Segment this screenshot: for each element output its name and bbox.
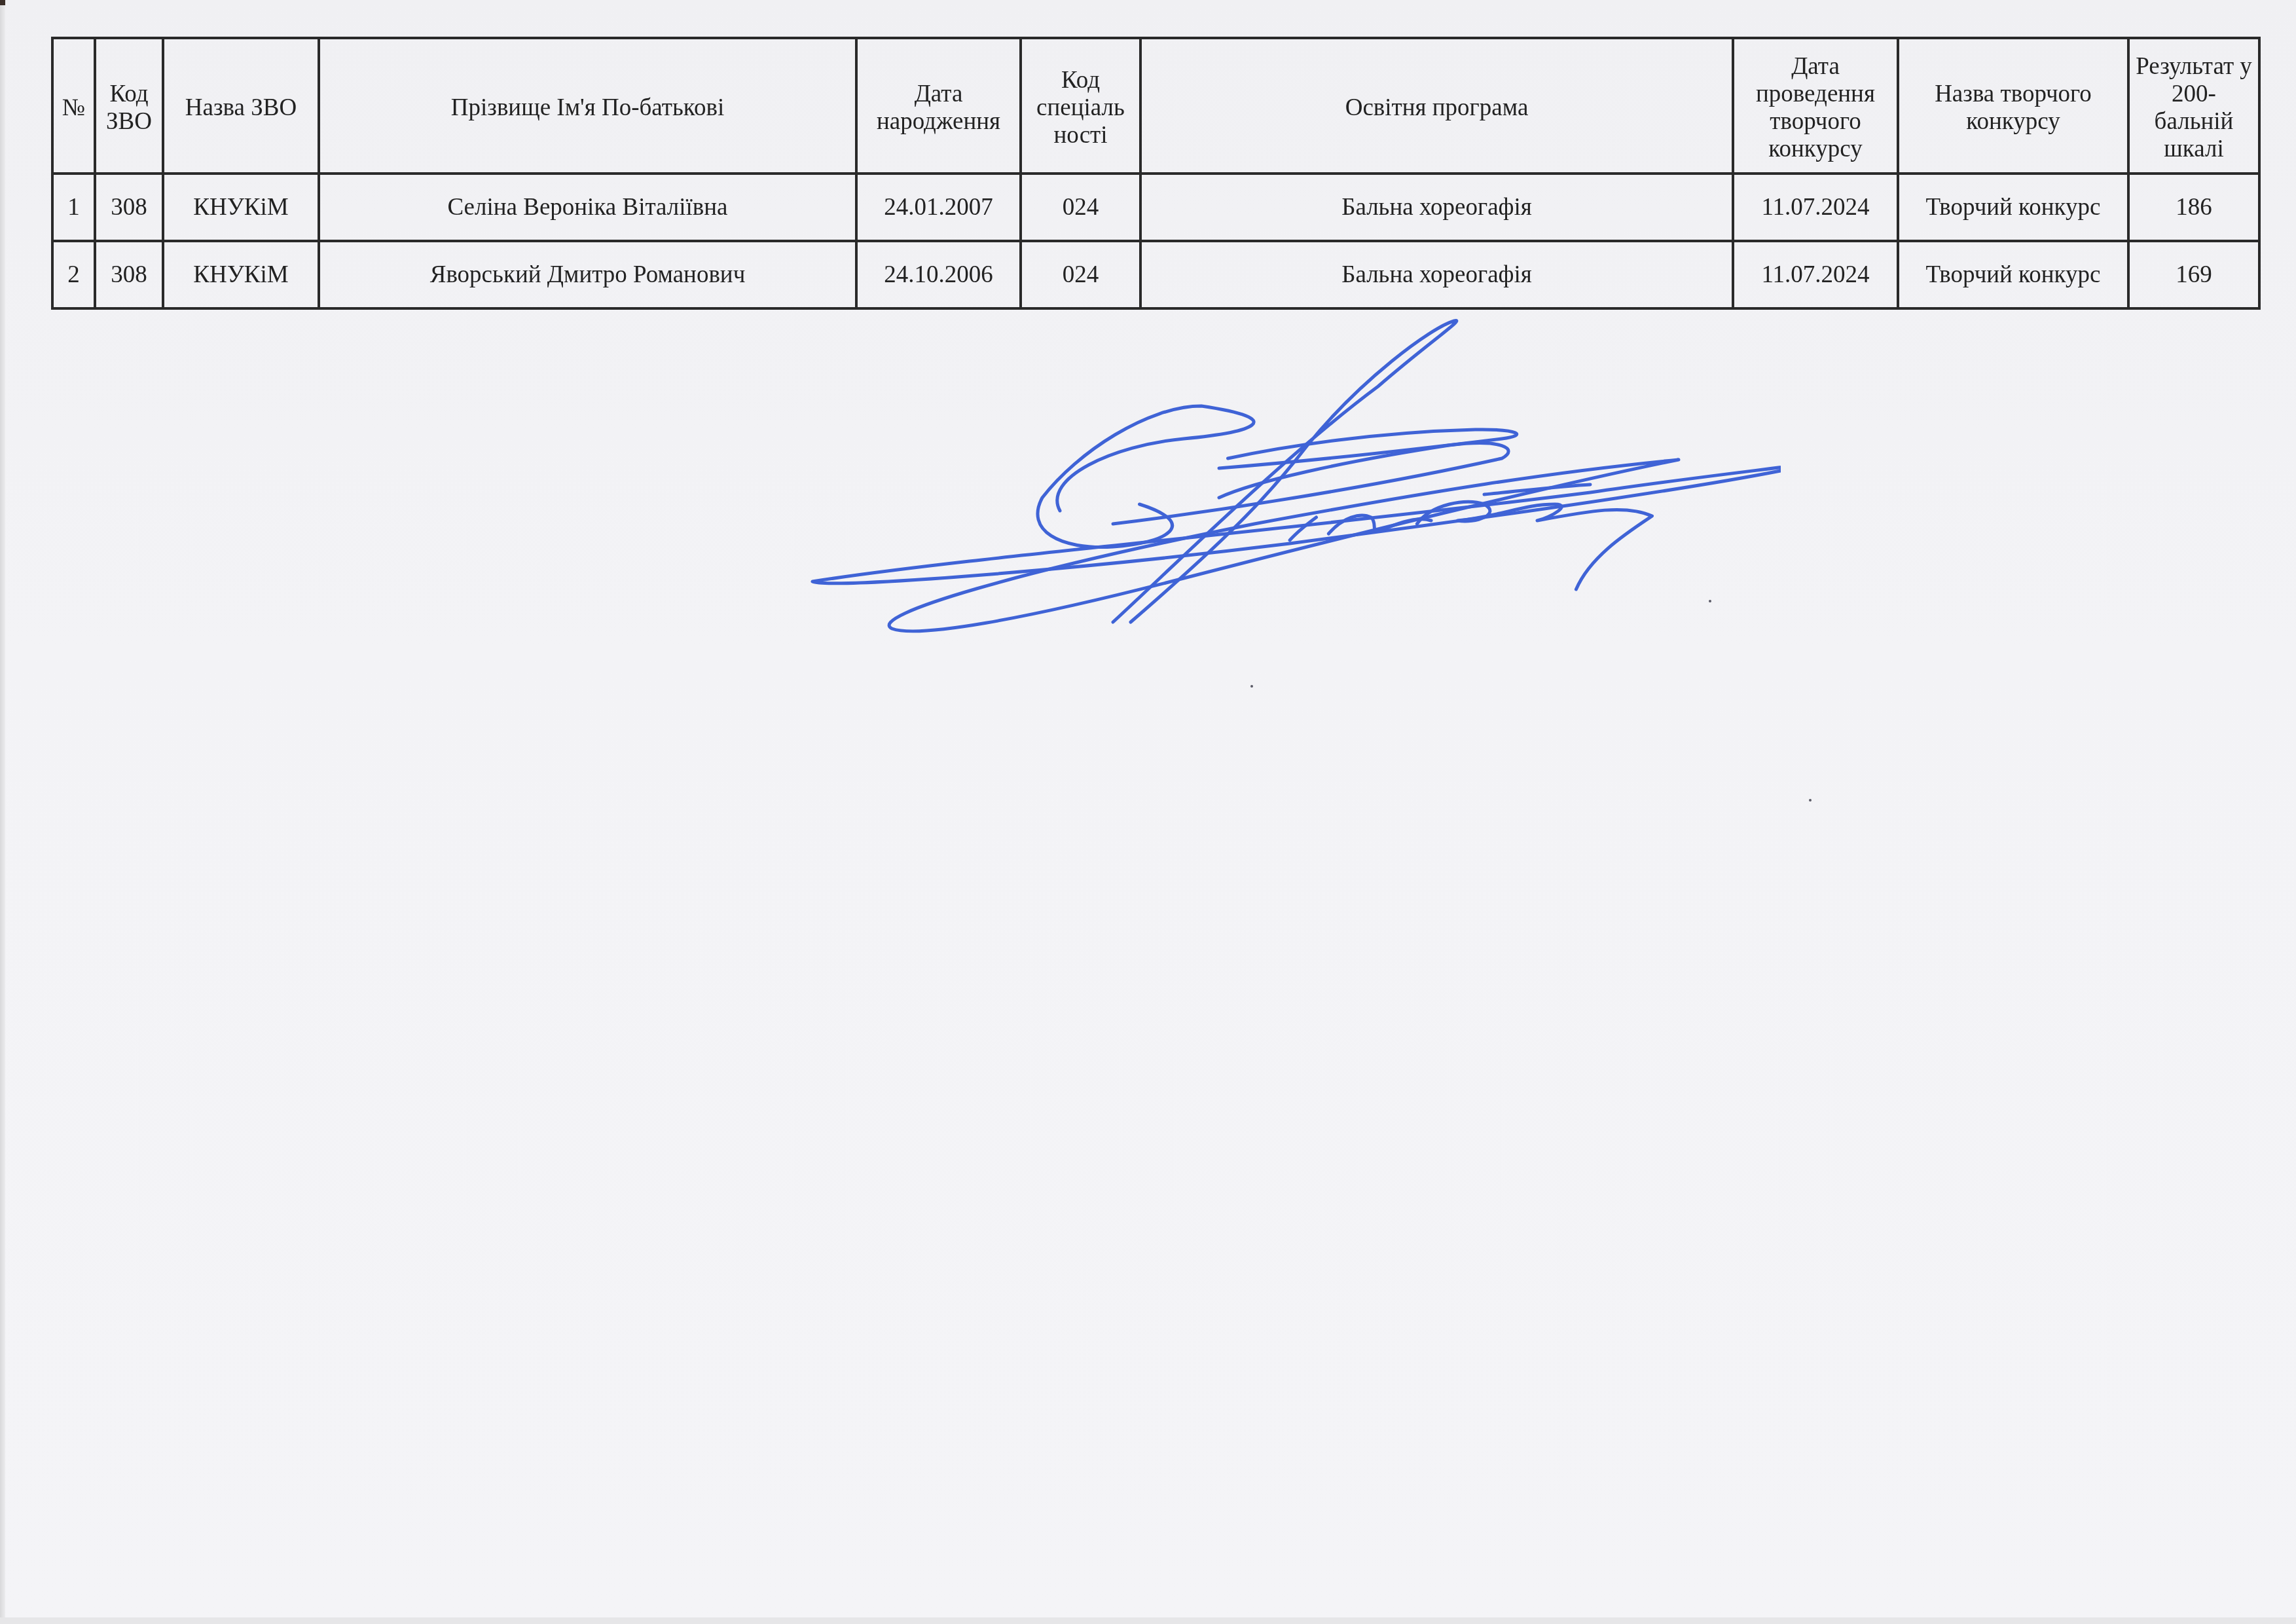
header-score: Результат у 200-бальній шкалі <box>2128 38 2259 174</box>
handwritten-signature <box>773 308 1781 661</box>
cell-birth-date: 24.10.2006 <box>856 241 1021 308</box>
header-program: Освітня програма <box>1140 38 1733 174</box>
cell-number: 1 <box>52 174 95 241</box>
paper-speck <box>1709 600 1711 602</box>
contest-results-table: № Код ЗВО Назва ЗВО Прізвище Ім'я По-бат… <box>51 37 2261 310</box>
table-row: 2 308 КНУКіМ Яворський Дмитро Романович … <box>52 241 2259 308</box>
cell-contest-name: Творчий конкурс <box>1898 174 2128 241</box>
cell-birth-date: 24.01.2007 <box>856 174 1021 241</box>
cell-full-name: Селіна Вероніка Віталіївна <box>319 174 856 241</box>
cell-contest-date: 11.07.2024 <box>1733 174 1898 241</box>
table-row: 1 308 КНУКіМ Селіна Вероніка Віталіївна … <box>52 174 2259 241</box>
cell-specialty-code: 024 <box>1021 174 1140 241</box>
signature-stroke <box>1417 502 1652 589</box>
cell-contest-name: Творчий конкурс <box>1898 241 2128 308</box>
cell-institution-name: КНУКіМ <box>163 241 319 308</box>
cell-institution-code: 308 <box>95 174 163 241</box>
header-contest-name: Назва творчого конкурсу <box>1898 38 2128 174</box>
header-full-name: Прізвище Ім'я По-батькові <box>319 38 856 174</box>
signature-stroke <box>812 462 1781 583</box>
cell-program: Бальна хореогафія <box>1140 241 1733 308</box>
signature-stroke <box>1038 406 1254 547</box>
cell-full-name: Яворський Дмитро Романович <box>319 241 856 308</box>
cell-program: Бальна хореогафія <box>1140 174 1733 241</box>
header-institution-name: Назва ЗВО <box>163 38 319 174</box>
signature-stroke <box>1219 430 1517 468</box>
signature-stroke <box>1290 517 1317 540</box>
paper-speck <box>1809 799 1812 802</box>
header-specialty-code: Код спеціаль ності <box>1021 38 1140 174</box>
cell-score: 186 <box>2128 174 2259 241</box>
scan-edge-bottom <box>0 1617 2296 1624</box>
header-institution-code: Код ЗВО <box>95 38 163 174</box>
scanned-page: № Код ЗВО Назва ЗВО Прізвище Ім'я По-бат… <box>0 0 2296 1624</box>
cell-number: 2 <box>52 241 95 308</box>
cell-institution-code: 308 <box>95 241 163 308</box>
cell-institution-name: КНУКіМ <box>163 174 319 241</box>
header-contest-date: Дата проведення творчого конкурсу <box>1733 38 1898 174</box>
scan-edge-left <box>0 0 5 1624</box>
paper-speck <box>1250 685 1253 688</box>
scan-corner-mark <box>0 0 5 5</box>
cell-specialty-code: 024 <box>1021 241 1140 308</box>
header-number: № <box>52 38 95 174</box>
table-header-row: № Код ЗВО Назва ЗВО Прізвище Ім'я По-бат… <box>52 38 2259 174</box>
cell-score: 169 <box>2128 241 2259 308</box>
header-birth-date: Дата народження <box>856 38 1021 174</box>
cell-contest-date: 11.07.2024 <box>1733 241 1898 308</box>
signature-stroke <box>1113 321 1457 622</box>
